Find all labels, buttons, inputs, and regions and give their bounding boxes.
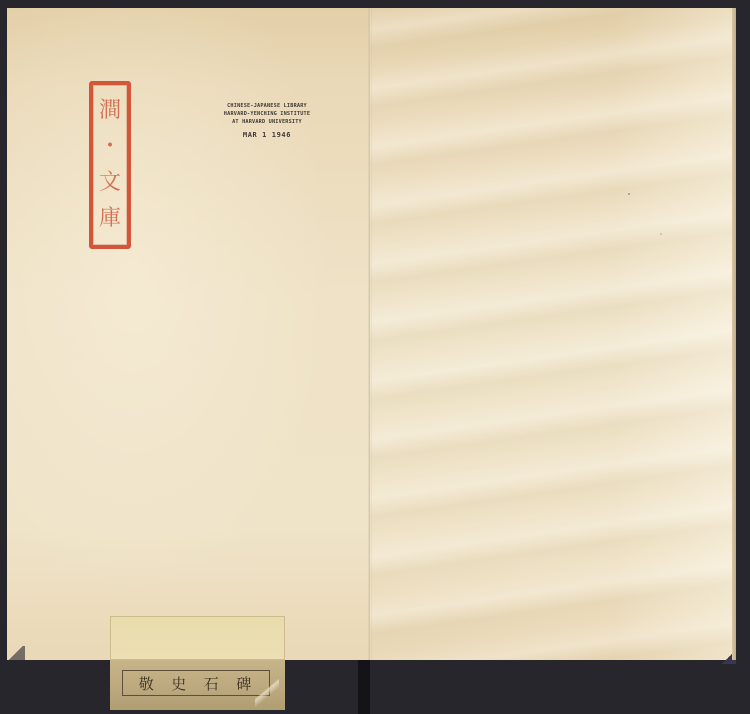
- paper-speck: [660, 233, 662, 235]
- title-character: 史: [171, 673, 188, 694]
- spine-gap: [358, 660, 370, 714]
- title-character: 敬: [139, 673, 156, 694]
- seal-character: 庫: [99, 208, 121, 230]
- title-slip: 敬 史 石 碑: [110, 660, 285, 710]
- title-character: 石: [204, 673, 221, 694]
- stamp-line: CHINESE-JAPANESE LIBRARY: [207, 102, 327, 110]
- seal-character: 文: [99, 172, 121, 194]
- stamp-date: MAR 1 1946: [207, 129, 327, 141]
- center-fold: [368, 8, 372, 660]
- stamp-line: AT HARVARD UNIVERSITY: [207, 118, 327, 126]
- paper-speck: [628, 193, 630, 195]
- left-page: 澗 ・ 文 庫 CHINESE-JAPANESE LIBRARY HARVARD…: [7, 8, 370, 660]
- red-library-seal: 澗 ・ 文 庫: [89, 81, 131, 249]
- library-accession-stamp: CHINESE-JAPANESE LIBRARY HARVARD-YENCHIN…: [207, 102, 327, 141]
- right-page: [370, 8, 732, 660]
- title-slip-upper: [110, 616, 285, 660]
- torn-paper-mark: [255, 678, 279, 708]
- seal-character: 澗: [99, 100, 121, 122]
- title-character: 碑: [236, 673, 253, 694]
- page-edge: [732, 8, 736, 660]
- stamp-line: HARVARD-YENCHING INSTITUTE: [207, 110, 327, 118]
- title-slip-label-frame: 敬 史 石 碑: [122, 670, 270, 696]
- seal-character: ・: [99, 136, 121, 158]
